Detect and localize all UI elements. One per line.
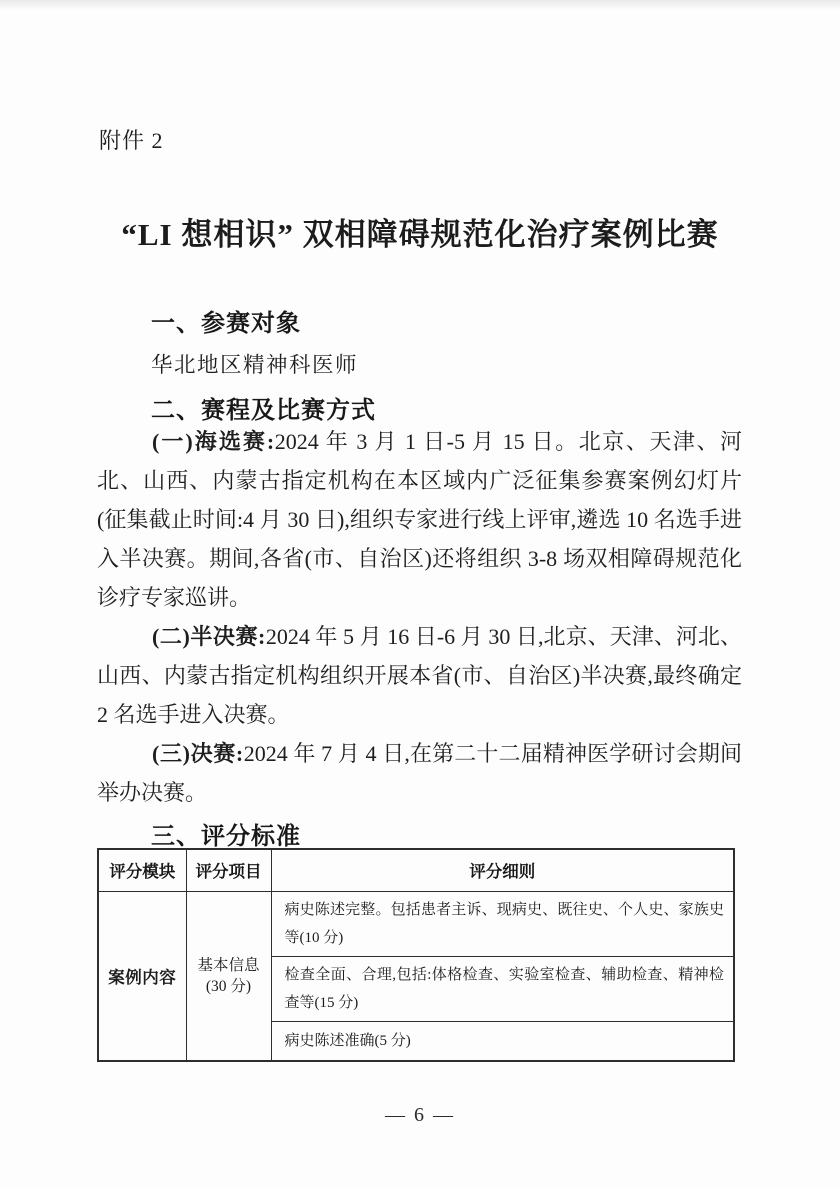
doc-title: “LI 想相识” 双相障碍规范化治疗案例比赛 [0, 209, 840, 254]
paragraph-preliminary-round: (一)海选赛:2024 年 3 月 1 日-5 月 15 日。北京、天津、河北、… [97, 422, 742, 617]
scan-edge-shadow [0, 0, 840, 10]
section-heading-participants: 一、参赛对象 [151, 303, 301, 338]
detail-cell-exams: 检查全面、合理,包括:体格检查、实验室检查、辅助检查、精神检查等(15 分) [271, 956, 734, 1021]
participants-text: 华北地区精神科医师 [151, 348, 358, 379]
cell-item-basic-info: 基本信息 (30 分) [186, 891, 271, 1061]
paragraph-final-round: (三)决赛:2024 年 7 月 4 日,在第二十二届精神医学研讨会期间举办决赛… [97, 734, 742, 812]
basic-info-score: (30 分) [187, 976, 271, 997]
page-number: — 6 — [0, 1104, 840, 1127]
section-heading-schedule: 二、赛程及比赛方式 [151, 390, 376, 425]
cell-module-case-content: 案例内容 [98, 891, 186, 1061]
paragraph-preliminary-body: 2024 年 3 月 1 日-5 月 15 日。北京、天津、河北、山西、内蒙古指… [97, 429, 742, 610]
table-header-row: 评分模块 评分项目 评分细则 [98, 849, 734, 891]
header-cell-item: 评分项目 [186, 849, 271, 891]
table-row-history-complete: 案例内容 基本信息 (30 分) 病史陈述完整。包括患者主诉、现病史、既往史、个… [98, 891, 734, 956]
detail-cell-history-accurate: 病史陈述准确(5 分) [271, 1021, 734, 1061]
header-cell-module: 评分模块 [98, 849, 186, 891]
paragraph-final-lead: (三)决赛: [152, 741, 244, 766]
scoring-table: 评分模块 评分项目 评分细则 案例内容 基本信息 (30 分) 病史陈述完整。包… [97, 848, 735, 1062]
attachment-label: 附件 2 [99, 124, 164, 155]
section-heading-scoring: 三、评分标准 [151, 816, 301, 851]
paragraph-semifinal-lead: (二)半决赛: [152, 624, 266, 649]
document-page: 附件 2 “LI 想相识” 双相障碍规范化治疗案例比赛 一、参赛对象 华北地区精… [0, 0, 840, 1187]
basic-info-label: 基本信息 [187, 955, 271, 976]
paragraph-semifinal-round: (二)半决赛:2024 年 5 月 16 日-6 月 30 日,北京、天津、河北… [97, 617, 742, 734]
schedule-paragraphs: (一)海选赛:2024 年 3 月 1 日-5 月 15 日。北京、天津、河北、… [97, 422, 742, 812]
detail-cell-history-complete: 病史陈述完整。包括患者主诉、现病史、既往史、个人史、家族史等(10 分) [271, 891, 734, 956]
header-cell-detail: 评分细则 [271, 849, 734, 891]
paragraph-preliminary-lead: (一)海选赛: [152, 429, 275, 454]
